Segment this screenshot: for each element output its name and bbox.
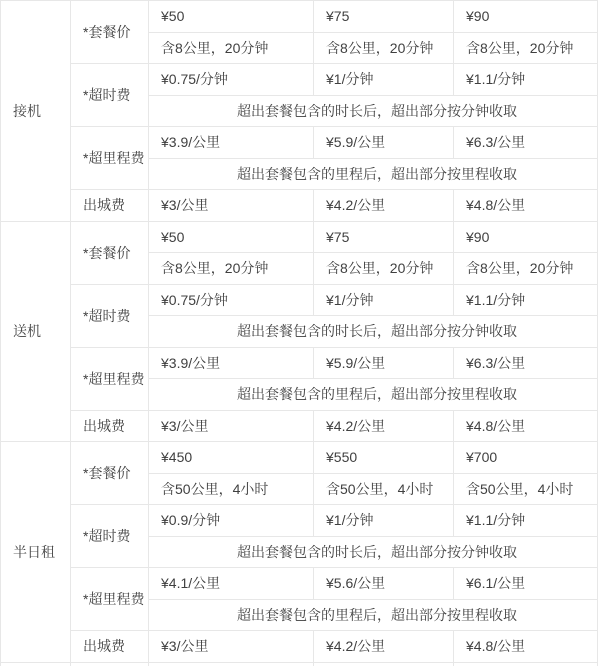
price-cell: ¥550 bbox=[314, 442, 454, 474]
price-cell: ¥50 bbox=[149, 1, 314, 33]
row-label-package-price: *套餐价 bbox=[71, 1, 149, 64]
mileage-note-cell: 超出套餐包含的里程后，超出部分按里程收取 bbox=[149, 158, 598, 190]
row-label-overtime-fee: *超时费 bbox=[71, 284, 149, 347]
package-includes-cell: 含8公里，20分钟 bbox=[314, 32, 454, 64]
price-cell: ¥3.9/公里 bbox=[149, 347, 314, 379]
row-label-package-price: *套餐价 bbox=[71, 221, 149, 284]
price-cell: ¥4.2/公里 bbox=[314, 410, 454, 442]
row-label-overtime-fee: *超时费 bbox=[71, 64, 149, 127]
pricing-table: 接机 *套餐价 ¥50 ¥75 ¥90 含8公里，20分钟 含8公里，20分钟 … bbox=[0, 0, 598, 666]
price-cell: ¥450 bbox=[149, 442, 314, 474]
row-label-mileage-fee: *超里程费 bbox=[71, 127, 149, 190]
price-cell: ¥1/分钟 bbox=[314, 284, 454, 316]
category-cell-pickup: 接机 bbox=[1, 1, 71, 222]
price-cell: ¥75 bbox=[314, 1, 454, 33]
package-includes-cell: 含50公里，4小时 bbox=[314, 473, 454, 505]
price-cell: ¥4.2/公里 bbox=[314, 631, 454, 663]
category-cell-dropoff: 送机 bbox=[1, 221, 71, 442]
category-cell-half-day-rental: 半日租 bbox=[1, 442, 71, 663]
price-cell: ¥3/公里 bbox=[149, 190, 314, 222]
row-label-city-exit-fee: 出城费 bbox=[71, 410, 149, 442]
price-cell: ¥4.2/公里 bbox=[314, 190, 454, 222]
overtime-note-cell: 超出套餐包含的时长后，超出部分按分钟收取 bbox=[149, 316, 598, 348]
package-includes-cell: 含8公里，20分钟 bbox=[314, 253, 454, 285]
price-cell: ¥0.75/分钟 bbox=[149, 64, 314, 96]
empty-cell bbox=[71, 662, 149, 666]
price-cell: ¥0.9/分钟 bbox=[149, 505, 314, 537]
truncated-row bbox=[1, 662, 598, 666]
row-label-overtime-fee: *超时费 bbox=[71, 505, 149, 568]
row-label-mileage-fee: *超里程费 bbox=[71, 347, 149, 410]
empty-cell bbox=[314, 662, 454, 666]
row-label-city-exit-fee: 出城费 bbox=[71, 190, 149, 222]
price-cell: ¥3.9/公里 bbox=[149, 127, 314, 159]
empty-cell bbox=[149, 662, 314, 666]
price-cell: ¥75 bbox=[314, 221, 454, 253]
price-cell: ¥6.3/公里 bbox=[454, 347, 598, 379]
price-cell: ¥1/分钟 bbox=[314, 505, 454, 537]
package-includes-cell: 含8公里，20分钟 bbox=[454, 32, 598, 64]
price-cell: ¥4.8/公里 bbox=[454, 410, 598, 442]
price-cell: ¥50 bbox=[149, 221, 314, 253]
pricing-page: 接机 *套餐价 ¥50 ¥75 ¥90 含8公里，20分钟 含8公里，20分钟 … bbox=[0, 0, 600, 666]
package-includes-cell: 含8公里，20分钟 bbox=[454, 253, 598, 285]
price-cell: ¥0.75/分钟 bbox=[149, 284, 314, 316]
price-cell: ¥90 bbox=[454, 221, 598, 253]
price-cell: ¥6.1/公里 bbox=[454, 568, 598, 600]
price-cell: ¥700 bbox=[454, 442, 598, 474]
mileage-note-cell: 超出套餐包含的里程后，超出部分按里程收取 bbox=[149, 599, 598, 631]
package-includes-cell: 含8公里，20分钟 bbox=[149, 253, 314, 285]
price-cell: ¥5.6/公里 bbox=[314, 568, 454, 600]
empty-cell bbox=[454, 662, 598, 666]
price-cell: ¥4.1/公里 bbox=[149, 568, 314, 600]
price-cell: ¥5.9/公里 bbox=[314, 347, 454, 379]
price-cell: ¥1/分钟 bbox=[314, 64, 454, 96]
price-cell: ¥1.1/分钟 bbox=[454, 505, 598, 537]
price-cell: ¥4.8/公里 bbox=[454, 631, 598, 663]
price-cell: ¥3/公里 bbox=[149, 410, 314, 442]
empty-cell bbox=[1, 662, 71, 666]
row-label-mileage-fee: *超里程费 bbox=[71, 568, 149, 631]
price-cell: ¥6.3/公里 bbox=[454, 127, 598, 159]
package-includes-cell: 含8公里，20分钟 bbox=[149, 32, 314, 64]
package-includes-cell: 含50公里，4小时 bbox=[149, 473, 314, 505]
price-cell: ¥4.8/公里 bbox=[454, 190, 598, 222]
overtime-note-cell: 超出套餐包含的时长后，超出部分按分钟收取 bbox=[149, 95, 598, 127]
package-includes-cell: 含50公里，4小时 bbox=[454, 473, 598, 505]
row-label-package-price: *套餐价 bbox=[71, 442, 149, 505]
price-cell: ¥1.1/分钟 bbox=[454, 284, 598, 316]
overtime-note-cell: 超出套餐包含的时长后，超出部分按分钟收取 bbox=[149, 536, 598, 568]
mileage-note-cell: 超出套餐包含的里程后，超出部分按里程收取 bbox=[149, 379, 598, 411]
row-label-city-exit-fee: 出城费 bbox=[71, 631, 149, 663]
price-cell: ¥3/公里 bbox=[149, 631, 314, 663]
price-cell: ¥5.9/公里 bbox=[314, 127, 454, 159]
price-cell: ¥90 bbox=[454, 1, 598, 33]
price-cell: ¥1.1/分钟 bbox=[454, 64, 598, 96]
